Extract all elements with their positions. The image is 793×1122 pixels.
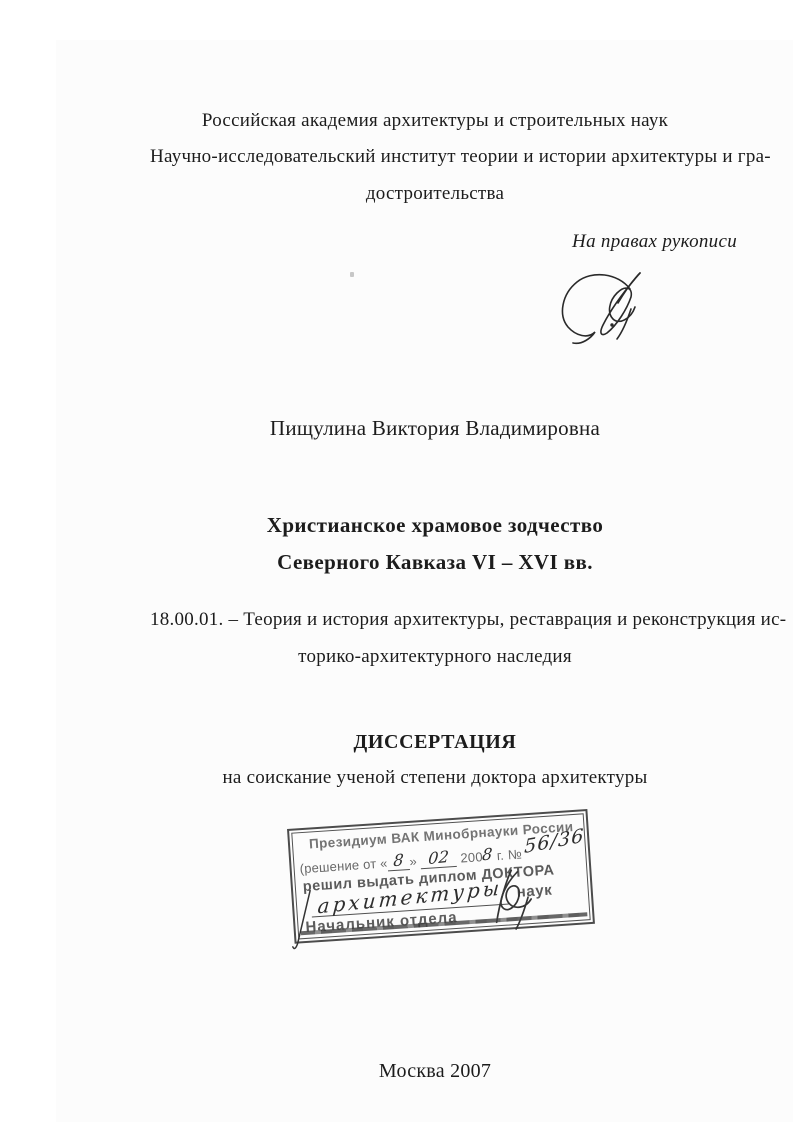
stamp-year-digit-handwritten: 8 bbox=[482, 844, 494, 864]
document-type: ДИССЕРТАЦИЯ bbox=[150, 731, 720, 754]
institution-line-2: Научно-исследовательский институт теории… bbox=[150, 146, 720, 168]
stamp-month-blank: 02 bbox=[420, 850, 457, 869]
scan-speck bbox=[350, 272, 354, 277]
stamp-quote-close: » bbox=[409, 853, 417, 868]
stamp-day-handwritten: 8 bbox=[393, 852, 405, 869]
stamp-year-suffix: г. № bbox=[496, 847, 522, 864]
specialty-line-2: торико-архитектурного наследия bbox=[150, 646, 720, 668]
author-signature bbox=[556, 268, 654, 348]
stamp-decision-prefix: (решение от « bbox=[299, 855, 388, 876]
stamp-year-printed: 200 bbox=[460, 849, 483, 865]
stamp-day-blank: 8 bbox=[387, 853, 410, 871]
author-name: Пищулина Виктория Владимировна bbox=[150, 416, 720, 441]
dissertation-title-line-2: Северного Кавказа VI – XVI вв. bbox=[150, 550, 720, 575]
vak-approval-stamp: Президиум ВАК Минобрнауки России (решени… bbox=[287, 809, 595, 944]
pen-stroke-mark bbox=[286, 888, 320, 952]
stamp-inner-border: Президиум ВАК Минобрнауки России (решени… bbox=[291, 813, 590, 939]
specialty-line-1: 18.00.01. – Теория и история архитектуры… bbox=[150, 609, 720, 631]
degree-pursuit-line: на соискание ученой степени доктора архи… bbox=[150, 767, 720, 789]
institution-line-3: достроительства bbox=[150, 183, 720, 205]
stamp-month-handwritten: 02 bbox=[428, 849, 450, 867]
dissertation-title-line-1: Христианское храмовое зодчество bbox=[150, 513, 720, 538]
manuscript-rights-note: На правах рукописи bbox=[572, 231, 737, 253]
institution-line-1: Российская академия архитектуры и строит… bbox=[150, 110, 720, 132]
city-and-year: Москва 2007 bbox=[150, 1060, 720, 1083]
